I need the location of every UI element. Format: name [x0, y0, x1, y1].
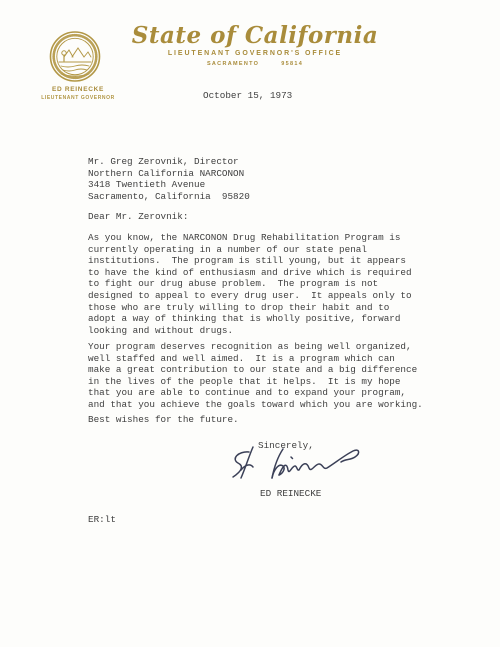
body-paragraph-3: Best wishes for the future. — [88, 414, 239, 426]
letterhead-city-zip: SACRAMENTO95814 — [105, 61, 405, 67]
salutation: Dear Mr. Zerovnik: — [88, 211, 188, 223]
reference-initials: ER:lt — [88, 514, 116, 526]
letterhead-office-line: LIEUTENANT GOVERNOR'S OFFICE — [105, 50, 405, 57]
typed-signature-name: ED REINECKE — [260, 488, 321, 500]
handwritten-signature-ed-reinecke — [228, 446, 390, 486]
body-paragraph-2: Your program deserves recognition as bei… — [88, 341, 423, 411]
recipient-address-block: Mr. Greg Zerovnik, DirectorNorthern Cali… — [88, 156, 250, 202]
letter-date: October 15, 1973 — [203, 90, 292, 102]
letterhead-city: SACRAMENTO — [207, 61, 259, 67]
recipient-line: Sacramento, California 95820 — [88, 191, 250, 203]
recipient-line: Northern California NARCONON — [88, 168, 250, 180]
body-paragraph-1: As you know, the NARCONON Drug Rehabilit… — [88, 232, 412, 336]
letterhead-official-name: ED REINECKE — [20, 86, 136, 93]
letterhead-zip: 95814 — [281, 61, 303, 67]
letter-page: ED REINECKE LIEUTENANT GOVERNOR State of… — [0, 0, 500, 647]
letterhead-official-title: LIEUTENANT GOVERNOR — [20, 95, 136, 101]
letterhead-state-title: State of California — [105, 24, 405, 48]
california-state-seal-icon — [49, 29, 101, 84]
recipient-line: 3418 Twentieth Avenue — [88, 179, 250, 191]
letterhead: State of California LIEUTENANT GOVERNOR'… — [105, 24, 405, 67]
recipient-line: Mr. Greg Zerovnik, Director — [88, 156, 250, 168]
